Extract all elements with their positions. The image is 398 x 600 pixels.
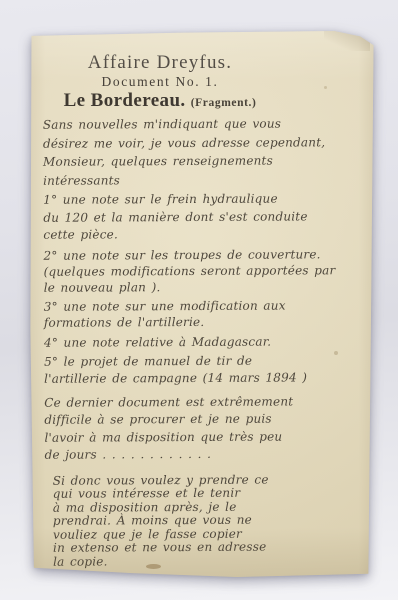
document-number: Document No. 1. xyxy=(32,74,288,89)
manuscript-paragraph: 1° une note sur le frein hydraulique du … xyxy=(43,190,343,244)
manuscript-line: Monsieur, quelques renseignements intére… xyxy=(43,151,343,190)
manuscript-line: Je vais partir en manœuvres. xyxy=(57,576,345,592)
manuscript-paragraph: 3° une note sur une modification aux for… xyxy=(44,297,344,332)
manuscript-line: difficile à se procurer et je ne puis xyxy=(44,410,344,429)
manuscript-line: formations de l'artillerie. xyxy=(44,313,344,331)
manuscript-paragraph: 5° le projet de manuel de tir de l'artil… xyxy=(44,352,344,389)
document-subtitle: (Fragment.) xyxy=(191,97,257,109)
manuscript-line: (quelques modifications seront apportées… xyxy=(44,262,344,280)
photo-of-document: Affaire Dreyfus. Document No. 1. Le Bord… xyxy=(0,0,398,600)
paper-surface: Affaire Dreyfus. Document No. 1. Le Bord… xyxy=(28,31,376,577)
case-title: Affaire Dreyfus. xyxy=(32,53,288,73)
manuscript-line: du 120 et la manière dont s'est conduite xyxy=(43,208,343,227)
manuscript-line: Sans nouvelles m'indiquant que vous xyxy=(43,114,343,134)
corner-fold xyxy=(324,31,370,51)
handwritten-manuscript: Sans nouvelles m'indiquant que vous dési… xyxy=(43,108,346,592)
manuscript-line: 5° le projet de manuel de tir de xyxy=(44,352,344,371)
paper-speck xyxy=(324,86,327,89)
manuscript-line: désirez me voir, je vous adresse cependa… xyxy=(43,133,343,153)
manuscript-paragraph: Je vais partir en manœuvres. xyxy=(57,576,345,592)
manuscript-line: 2° une note sur les troupes de couvertur… xyxy=(43,246,343,264)
manuscript-paragraph: Sans nouvelles m'indiquant que vous dési… xyxy=(43,114,343,190)
manuscript-line: Ce dernier document est extrêmement xyxy=(44,393,344,412)
document-title-text: Le Bordereau. xyxy=(64,90,186,111)
manuscript-line: de jours . . . . . . . . . . . . xyxy=(45,445,345,464)
manuscript-line: la copie. xyxy=(53,554,345,569)
manuscript-paragraph: 2° une note sur les troupes de couvertur… xyxy=(43,246,343,296)
manuscript-line: 1° une note sur le frein hydraulique xyxy=(43,190,343,209)
manuscript-line: l'avoir à ma disposition que très peu xyxy=(44,428,344,447)
manuscript-paragraph: Si donc vous voulez y prendre ce qui vou… xyxy=(53,473,345,569)
manuscript-line: le nouveau plan ). xyxy=(44,278,344,296)
manuscript-line: 3° une note sur une modification aux xyxy=(44,297,344,315)
manuscript-paragraph: Ce dernier document est extrêmement diff… xyxy=(44,393,344,465)
printed-header: Affaire Dreyfus. Document No. 1. Le Bord… xyxy=(32,53,288,113)
paper-card: Affaire Dreyfus. Document No. 1. Le Bord… xyxy=(28,31,376,577)
manuscript-line: cette pièce. xyxy=(43,225,343,244)
manuscript-paragraph: 4° une note relative à Madagascar. xyxy=(44,333,344,352)
manuscript-line: l'artillerie de campagne (14 mars 1894 ) xyxy=(44,369,344,388)
manuscript-line: 4° une note relative à Madagascar. xyxy=(44,333,344,352)
